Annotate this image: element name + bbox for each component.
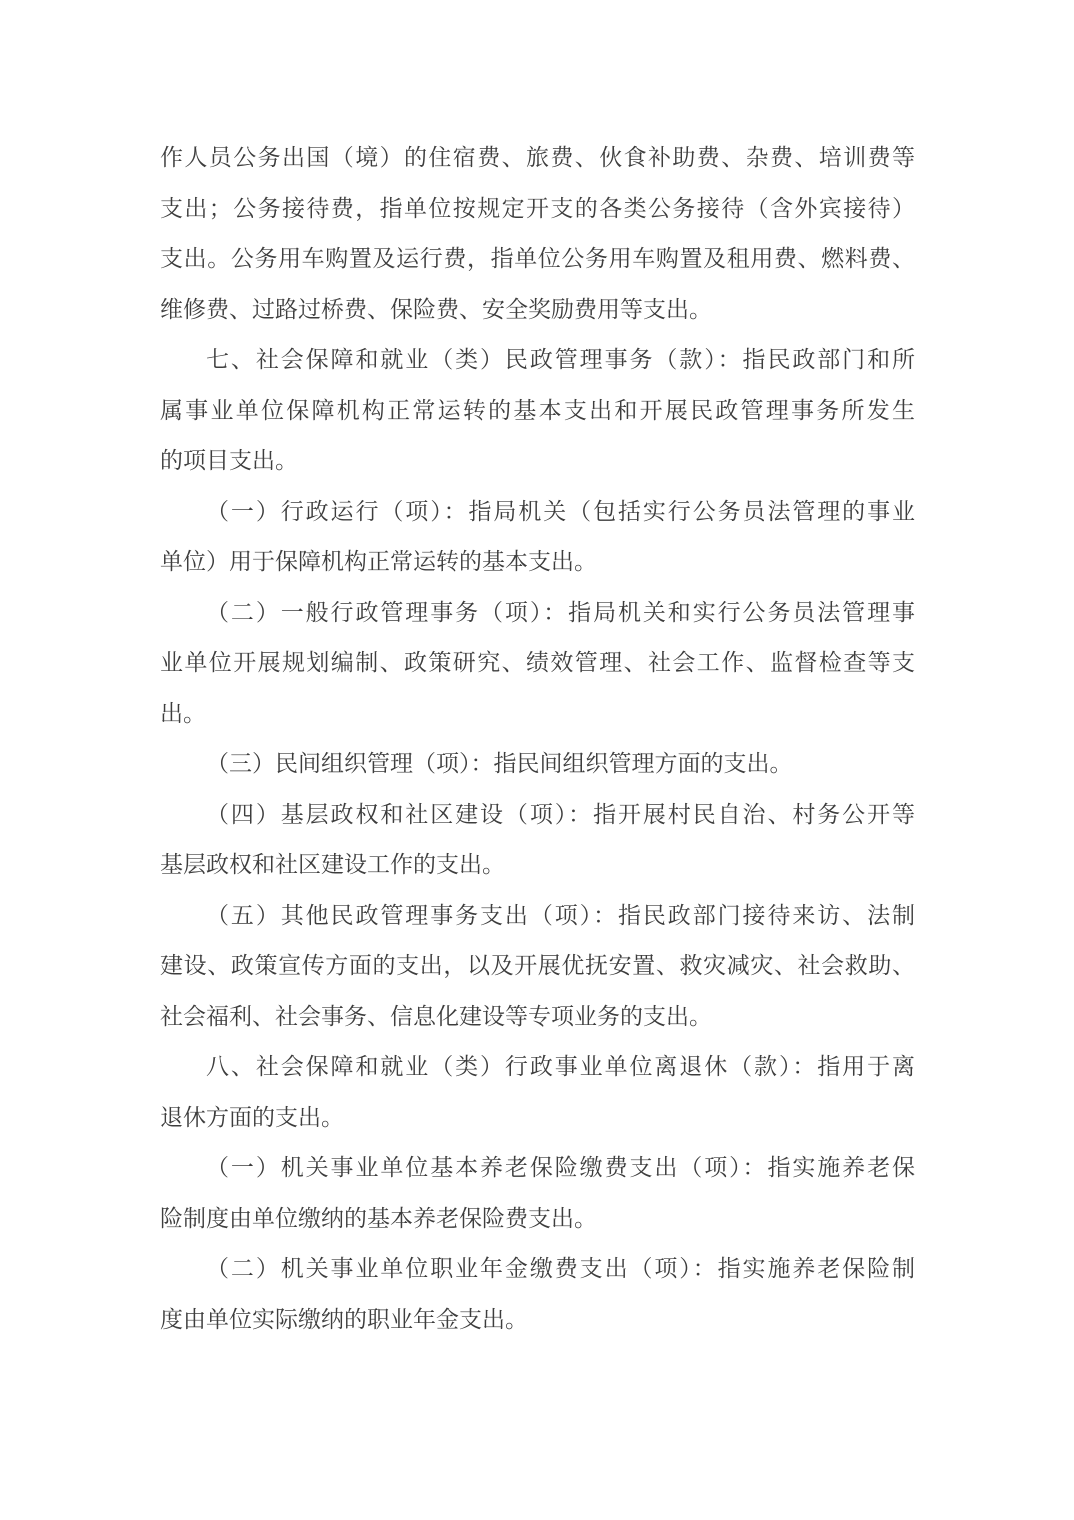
text-line: 基层政权和社区建设工作的支出。 <box>160 840 915 891</box>
text-line: 八、社会保障和就业（类）行政事业单位离退休（款）：指用于离 <box>160 1042 915 1093</box>
text-line: 业单位开展规划编制、政策研究、绩效管理、社会工作、监督检查等支 <box>160 638 915 689</box>
text-line: 险制度由单位缴纳的基本养老保险费支出。 <box>160 1194 915 1245</box>
text-line: 七、社会保障和就业（类）民政管理事务（款）：指民政部门和所 <box>160 335 915 386</box>
paragraph: （一）机关事业单位基本养老保险缴费支出（项）：指实施养老保险制度由单位缴纳的基本… <box>160 1143 915 1244</box>
text-line: （三）民间组织管理（项）：指民间组织管理方面的支出。 <box>160 739 915 790</box>
paragraph: （一）行政运行（项）：指局机关（包括实行公务员法管理的事业单位）用于保障机构正常… <box>160 487 915 588</box>
paragraph: （三）民间组织管理（项）：指民间组织管理方面的支出。 <box>160 739 915 790</box>
paragraph: （五）其他民政管理事务支出（项）：指民政部门接待来访、法制建设、政策宣传方面的支… <box>160 891 915 1043</box>
paragraph: 七、社会保障和就业（类）民政管理事务（款）：指民政部门和所属事业单位保障机构正常… <box>160 335 915 487</box>
text-line: 单位）用于保障机构正常运转的基本支出。 <box>160 537 915 588</box>
text-line: 支出。公务用车购置及运行费，指单位公务用车购置及租用费、燃料费、 <box>160 234 915 285</box>
text-line: 支出；公务接待费，指单位按规定开支的各类公务接待（含外宾接待） <box>160 184 915 235</box>
text-line: 社会福利、社会事务、信息化建设等专项业务的支出。 <box>160 992 915 1043</box>
text-line: （二）机关事业单位职业年金缴费支出（项）：指实施养老保险制 <box>160 1244 915 1295</box>
text-line: （四）基层政权和社区建设（项）：指开展村民自治、村务公开等 <box>160 790 915 841</box>
text-line: （二）一般行政管理事务（项）：指局机关和实行公务员法管理事 <box>160 588 915 639</box>
paragraph: （二）一般行政管理事务（项）：指局机关和实行公务员法管理事业单位开展规划编制、政… <box>160 588 915 740</box>
text-line: 维修费、过路过桥费、保险费、安全奖励费用等支出。 <box>160 285 915 336</box>
document-page: 作人员公务出国（境）的住宿费、旅费、伙食补助费、杂费、培训费等支出；公务接待费，… <box>0 0 1074 1520</box>
paragraph: 作人员公务出国（境）的住宿费、旅费、伙食补助费、杂费、培训费等支出；公务接待费，… <box>160 133 915 335</box>
text-line: 出。 <box>160 689 915 740</box>
text-line: 建设、政策宣传方面的支出，以及开展优抚安置、救灾减灾、社会救助、 <box>160 941 915 992</box>
paragraph: 八、社会保障和就业（类）行政事业单位离退休（款）：指用于离退休方面的支出。 <box>160 1042 915 1143</box>
text-line: 的项目支出。 <box>160 436 915 487</box>
text-line: （五）其他民政管理事务支出（项）：指民政部门接待来访、法制 <box>160 891 915 942</box>
text-line: 退休方面的支出。 <box>160 1093 915 1144</box>
text-line: （一）机关事业单位基本养老保险缴费支出（项）：指实施养老保 <box>160 1143 915 1194</box>
document-body: 作人员公务出国（境）的住宿费、旅费、伙食补助费、杂费、培训费等支出；公务接待费，… <box>160 133 915 1345</box>
paragraph: （四）基层政权和社区建设（项）：指开展村民自治、村务公开等基层政权和社区建设工作… <box>160 790 915 891</box>
text-line: 作人员公务出国（境）的住宿费、旅费、伙食补助费、杂费、培训费等 <box>160 133 915 184</box>
text-line: 度由单位实际缴纳的职业年金支出。 <box>160 1295 915 1346</box>
paragraph: （二）机关事业单位职业年金缴费支出（项）：指实施养老保险制度由单位实际缴纳的职业… <box>160 1244 915 1345</box>
text-line: （一）行政运行（项）：指局机关（包括实行公务员法管理的事业 <box>160 487 915 538</box>
text-line: 属事业单位保障机构正常运转的基本支出和开展民政管理事务所发生 <box>160 386 915 437</box>
